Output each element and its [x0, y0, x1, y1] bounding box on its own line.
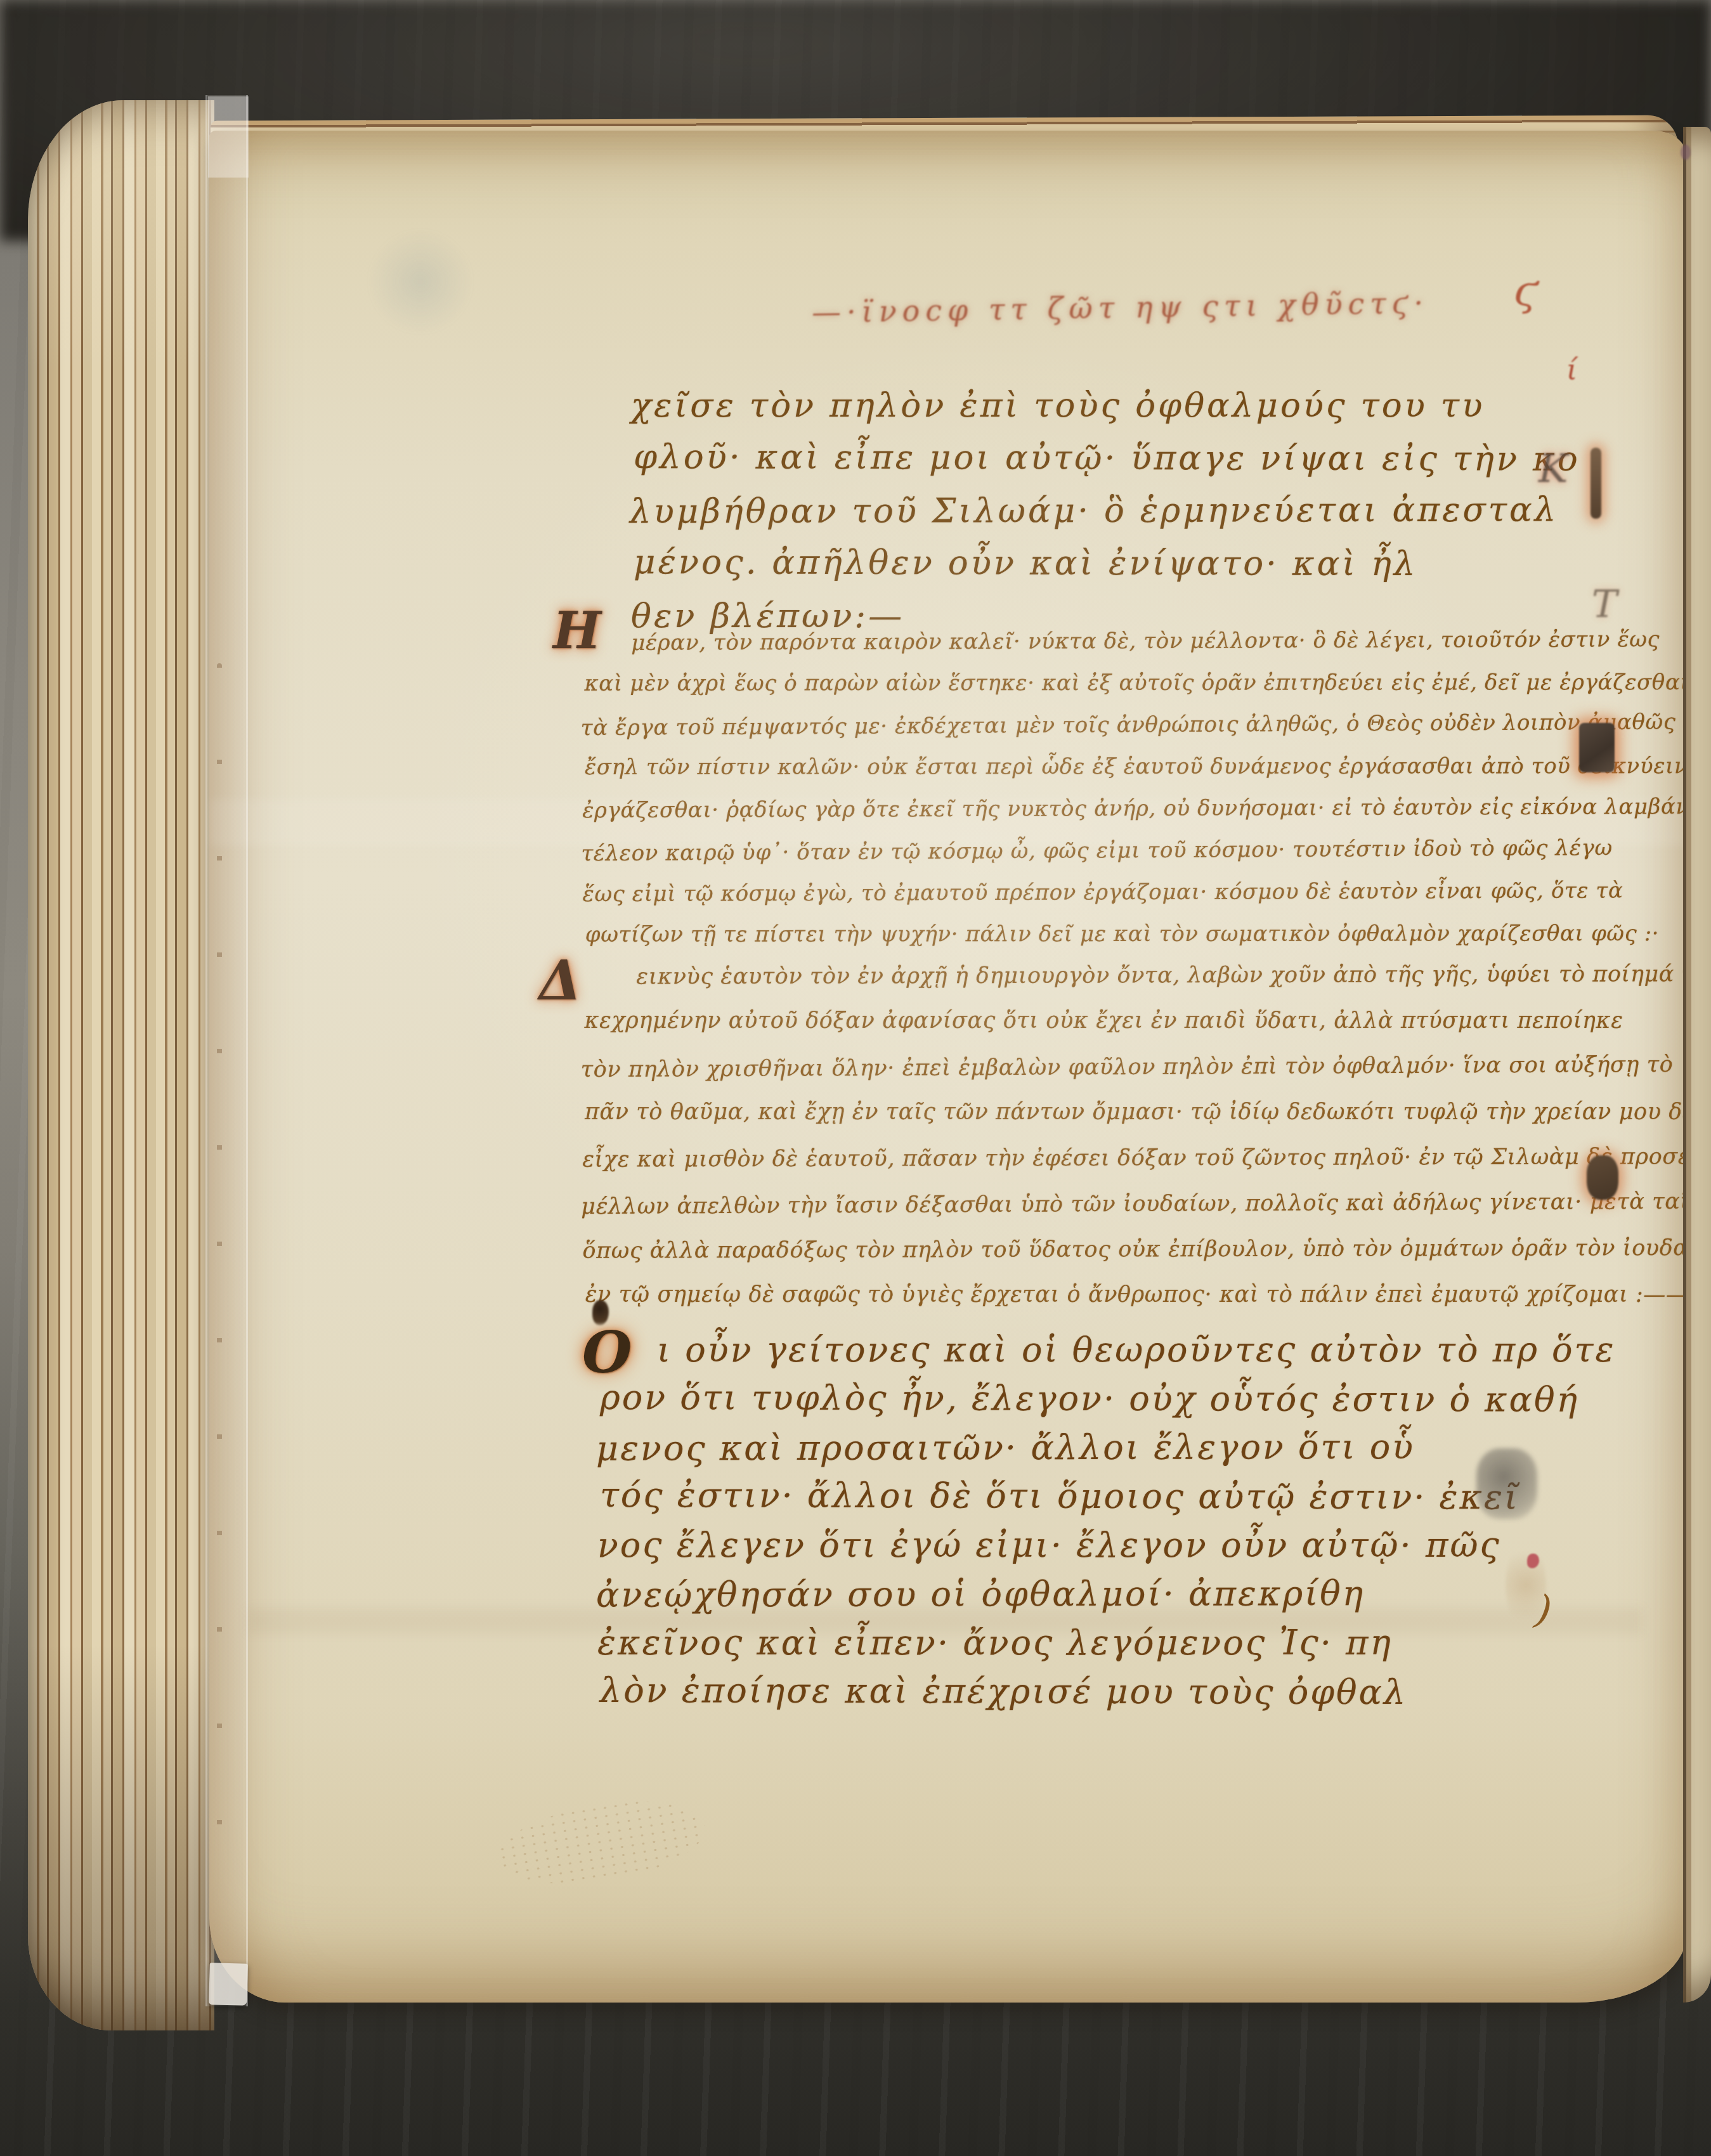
margin-side-blotch [1587, 1155, 1618, 1200]
text-line: μέραν, τὸν παρόντα καιρὸν καλεῖ· νύκτα δ… [582, 618, 1711, 664]
parchment-crease [209, 799, 1687, 846]
parchment-crease-lower [247, 1608, 1643, 1633]
text-line: θεν βλέπων:— [631, 590, 1578, 642]
ink-drop-blot [592, 1300, 609, 1325]
follicle-speckles [493, 1789, 712, 1897]
manuscript-photo: —·ϊνοϲφ ττ ζῶτ ηψ ςτι χθῦϲτϛ· ϛ ί χεῖσε … [0, 0, 1711, 2156]
purple-fleck [1681, 145, 1691, 160]
red-wax-dot [1527, 1554, 1539, 1568]
text-line: τὰ ἔργα τοῦ πέμψαντός με· ἐκδέχεται μὲν … [580, 701, 1711, 749]
margin-tau-mark: Τ [1592, 582, 1617, 627]
text-line: εἶχε καὶ μισθὸν δὲ ἑαυτοῦ, πᾶσαν τὴν ἐφέ… [582, 1133, 1711, 1183]
text-line: ἕως εἰμὶ τῷ κόσμῳ ἐγὼ, τὸ ἐμαυτοῦ πρέπον… [582, 869, 1711, 915]
text-line: λυμβήθραν τοῦ Σιλωάμ· ὃ ἑρμηνεύεται ἀπεσ… [630, 483, 1577, 538]
text-line: τός ἐστιν· ἄλλοι δὲ ὅτι ὅμοιος αὐτῷ ἐστι… [600, 1471, 1618, 1522]
ink-show-through [367, 231, 474, 332]
text-line: ἐκεῖνος καὶ εἶπεν· ἄνος λεγόμενος Ἰς· πη [597, 1618, 1615, 1667]
text-line: εικνὺς ἑαυτὸν τὸν ἐν ἀρχῇ ἡ δημιουργὸν ὄ… [582, 951, 1711, 1000]
text-line: κεχρημένην αὐτοῦ δόξαν ἀφανίσας ὅτι οὐκ … [585, 998, 1711, 1044]
text-line: μέλλων ἀπελθὼν τὴν ἴασιν δέξασθαι ὑπὸ τῶ… [581, 1178, 1711, 1230]
rubric-flourish: ϛ [1512, 265, 1540, 316]
manuscript-page: —·ϊνοϲφ ττ ζῶτ ηψ ςτι χθῦϲτϛ· ϛ ί χεῖσε … [209, 131, 1687, 2003]
text-line: χεῖσε τὸν πηλὸν ἐπὶ τοὺς ὀφθαλμούς του τ… [631, 379, 1578, 432]
margin-red-stroke-mark [1591, 448, 1601, 519]
margin-kappa-mark: Κ [1539, 445, 1568, 491]
rubric-header: —·ϊνοϲφ ττ ζῶτ ηψ ςτι χθῦϲτϛ· [812, 285, 1429, 329]
text-line: μενος καὶ προσαιτῶν· ἄλλοι ἔλεγον ὅτι οὗ [596, 1422, 1615, 1472]
text-line: φλοῦ· καὶ εἶπε μοι αὐτῷ· ὕπαγε νίψαι εἰς… [634, 431, 1580, 486]
rubricated-initial-omicron: Ο [582, 1324, 632, 1381]
catena-commentary-block-2: εικνὺς ἑαυτὸν τὸν ἐν ἀρχῇ ἡ δημιουργὸν ὄ… [582, 951, 1711, 1320]
text-line: λὸν ἐποίησε καὶ ἐπέχρισέ μου τοὺς ὀφθαλ [600, 1666, 1618, 1717]
text-line: πᾶν τὸ θαῦμα, καὶ ἔχῃ ἐν ταῖς τῶν πάντων… [585, 1089, 1711, 1135]
margin-square-blotch [1579, 723, 1615, 772]
gospel-text-block-bottom: ι οὖν γείτονες καὶ οἱ θεωροῦντες αὐτὸν τ… [597, 1325, 1615, 1716]
text-line: ἀνεῴχθησάν σου οἱ ὀφθαλμοί· ἀπεκρίθη [596, 1568, 1615, 1619]
text-line: ὅπως ἀλλὰ παραδόξως τὸν πηλὸν τοῦ ὕδατος… [582, 1224, 1711, 1274]
conservation-tape-strip [205, 95, 250, 2006]
text-line: τὸν πηλὸν χρισθῆναι ὅλην· ἐπεὶ ἐμβαλὼν φ… [581, 1041, 1711, 1093]
text-line: τέλεον καιρῷ ὑφ᾽· ὅταν ἐν τῷ κόσμῳ ὦ, φῶ… [581, 826, 1711, 874]
text-line: νος ἔλεγεν ὅτι ἐγώ εἰμι· ἔλεγον οὖν αὐτῷ… [597, 1521, 1615, 1569]
text-line: ρον ὅτι τυφλὸς ἦν, ἔλεγον· οὐχ οὗτός ἐστ… [600, 1373, 1618, 1424]
pen-flourish-stroke: ) [1532, 1586, 1554, 1634]
text-line: ἔσηλ τῶν πίστιν καλῶν· οὐκ ἔσται περὶ ὧδ… [585, 745, 1711, 788]
text-line: ἐργάζεσθαι· ῥᾳδίως γὰρ ὅτε ἐκεῖ τῆς νυκτ… [582, 786, 1711, 831]
text-line: ἐν τῷ σημείῳ δὲ σαφῶς τὸ ὑγιὲς ἔρχεται ὁ… [585, 1272, 1711, 1318]
conservation-tape-top [208, 96, 249, 178]
catena-commentary-block-1: μέραν, τὸν παρόντα καιρὸν καλεῖ· νύκτα δ… [582, 618, 1711, 957]
text-line: καὶ μὲν ἀχρὶ ἕως ὁ παρὼν αἰὼν ἕστηκε· κα… [584, 661, 1711, 705]
rubric-tick-mark: ί [1566, 354, 1577, 386]
page-edges-stack [28, 100, 214, 2030]
gospel-text-block-top: χεῖσε τὸν πηλὸν ἐπὶ τοὺς ὀφθαλμούς του τ… [631, 379, 1578, 642]
oval-stain [1506, 1543, 1546, 1627]
erased-stamp-smudge [1476, 1448, 1537, 1519]
text-line: ι οὖν γείτονες καὶ οἱ θεωροῦντες αὐτὸν τ… [597, 1325, 1615, 1374]
text-line: φωτίζων τῇ τε πίστει τὴν ψυχήν· πάλιν δε… [585, 912, 1711, 956]
conservation-tape-tail [209, 1963, 248, 2005]
rubricated-initial-eta: Η [553, 605, 601, 656]
rubricated-initial-delta: Δ [539, 954, 582, 1008]
next-leaf-edge [1683, 127, 1711, 2003]
text-line: μένος. ἀπῆλθεν οὖν καὶ ἐνίψατο· καὶ ἦλ [634, 536, 1580, 591]
